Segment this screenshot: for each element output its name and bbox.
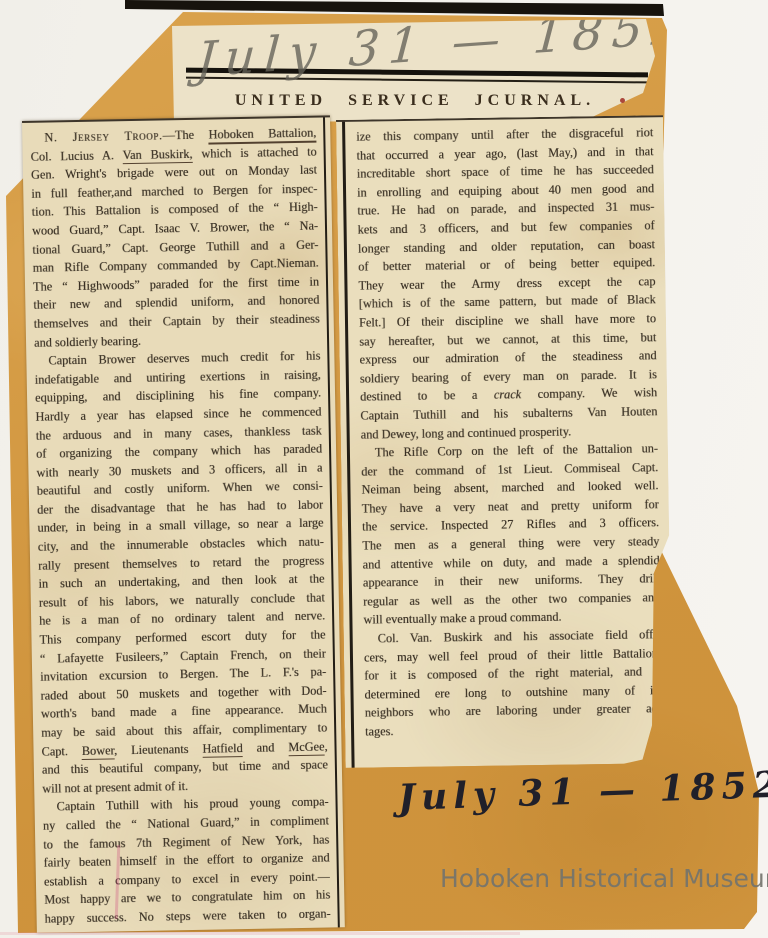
- right-column-clipping: ize this company until after the disgrac…: [336, 115, 673, 770]
- museum-watermark: Hoboken Historical Museum: [440, 864, 768, 893]
- right-column-text: ize this company until after the disgrac…: [356, 123, 662, 741]
- scan-bottom-tint: [0, 932, 520, 935]
- red-ink-fleck: [620, 98, 625, 103]
- scanned-clipping-page: UNITED SERVICE JCURNAL. July 31 — 1852 N…: [0, 0, 768, 938]
- left-column-text: N. Jersey Troop.—The Hoboken Battalion,C…: [30, 124, 331, 929]
- article-line: happy success. No steps were taken to or…: [44, 904, 330, 928]
- left-column-clipping: N. Jersey Troop.—The Hoboken Battalion,C…: [22, 115, 345, 933]
- journal-title: UNITED SERVICE JCURNAL.: [180, 92, 650, 110]
